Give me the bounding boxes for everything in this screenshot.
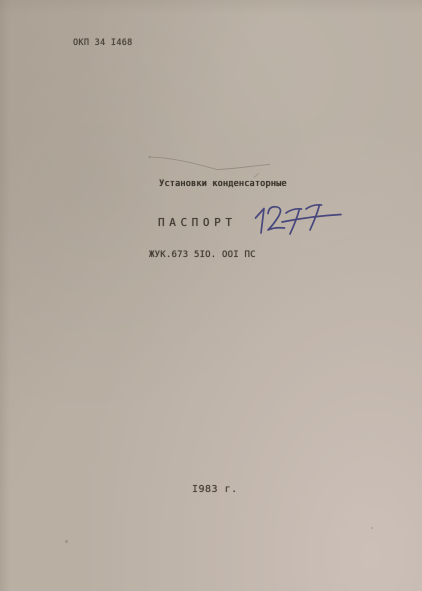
paper-speck [65, 540, 68, 543]
document-cover-photo: ОКП 34 I468 Установки конденсаторные ПАС… [0, 0, 422, 591]
year-label: I983 г. [192, 484, 238, 495]
paper-speck [371, 527, 373, 529]
decimal-code: ЖУК.673 5IO. OOI ПС [149, 250, 256, 260]
okp-code: ОКП 34 I468 [73, 38, 133, 48]
handwritten-number [240, 197, 345, 239]
document-type-label: ПАСПОРТ [158, 216, 237, 229]
pencil-squiggle-mark [145, 152, 275, 180]
document-title: Установки конденсаторные [159, 179, 287, 189]
